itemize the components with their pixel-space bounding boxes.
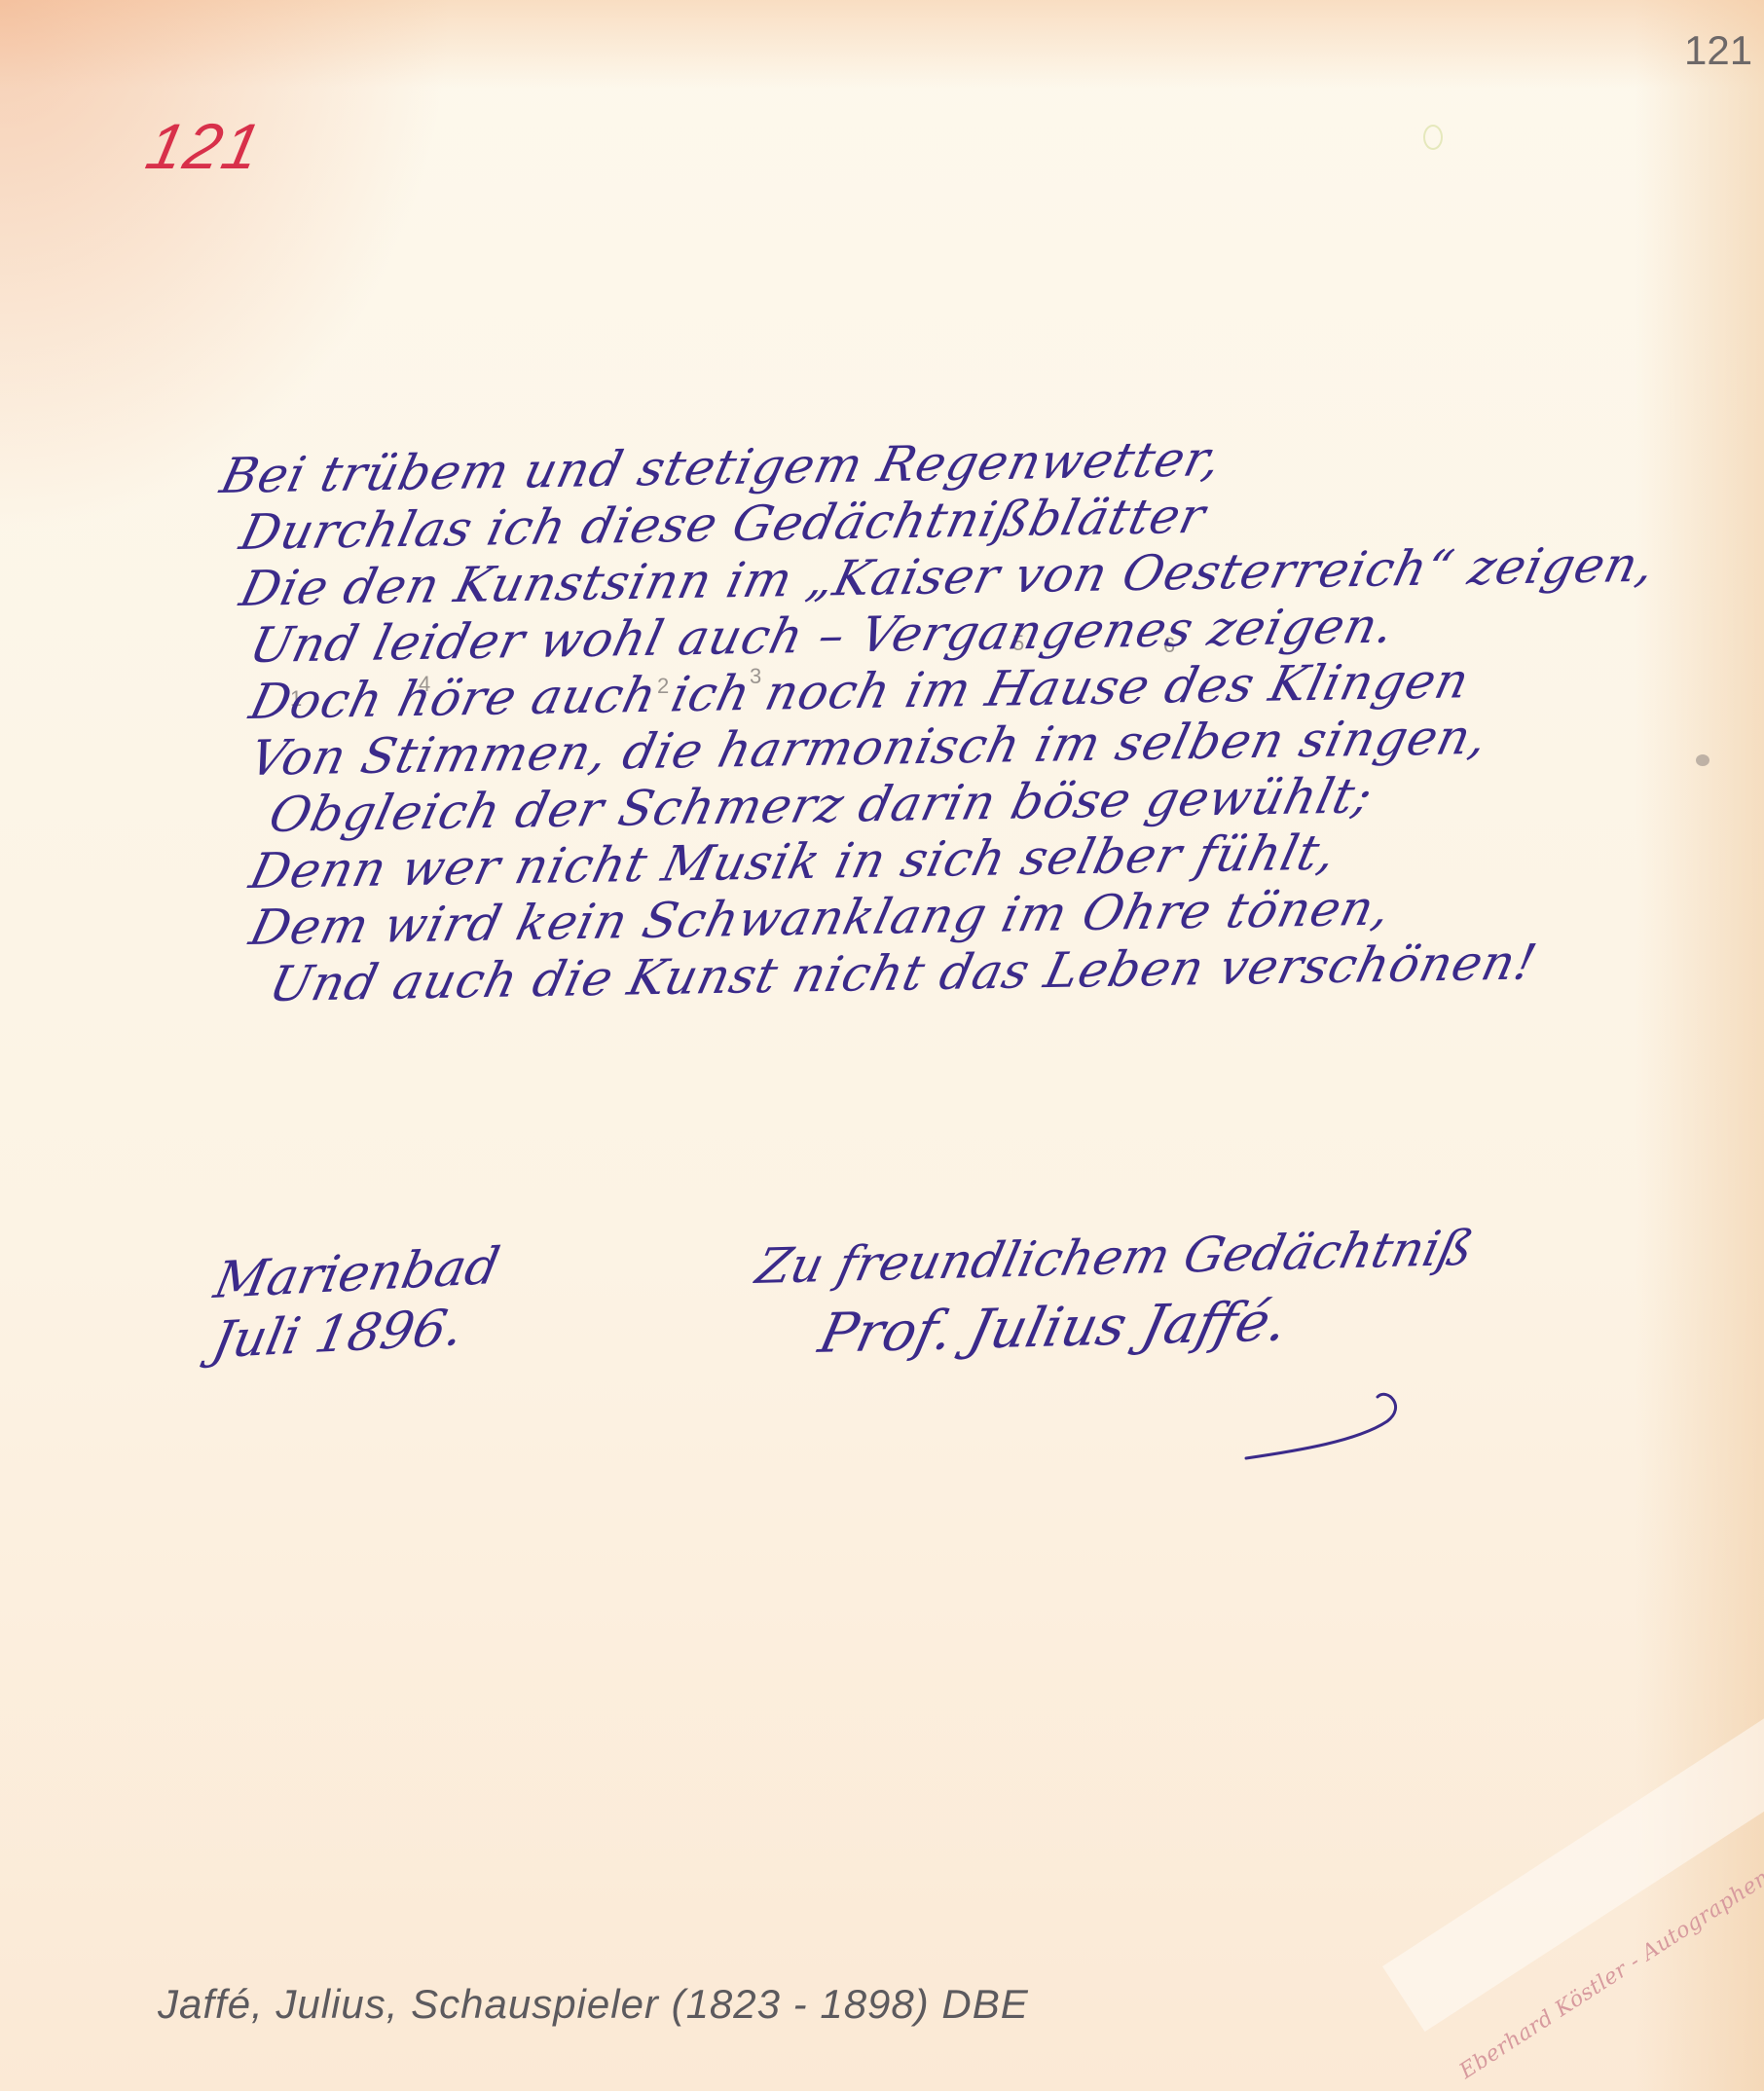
signature-flourish [1241, 1382, 1416, 1470]
archive-pencil-note: Jaffé, Julius, Schauspieler (1823 - 1898… [158, 1981, 1029, 2028]
dedication-block: Zu freundlichem Gedächtniß Prof. Julius … [734, 1213, 1480, 1372]
poem-body: Bei trübem und stetigem Regenwetter, Dur… [222, 448, 1702, 1012]
paper-spot [1423, 125, 1443, 150]
pencil-page-number: 121 [1684, 27, 1752, 74]
watermark-band [1382, 1637, 1764, 2032]
document-page: 121 121 1 4 2 3 5 6 Bei trübem und steti… [0, 0, 1764, 2091]
place-and-date: Marienbad Juli 1896. [198, 1236, 504, 1372]
red-page-number: 121 [140, 109, 269, 183]
